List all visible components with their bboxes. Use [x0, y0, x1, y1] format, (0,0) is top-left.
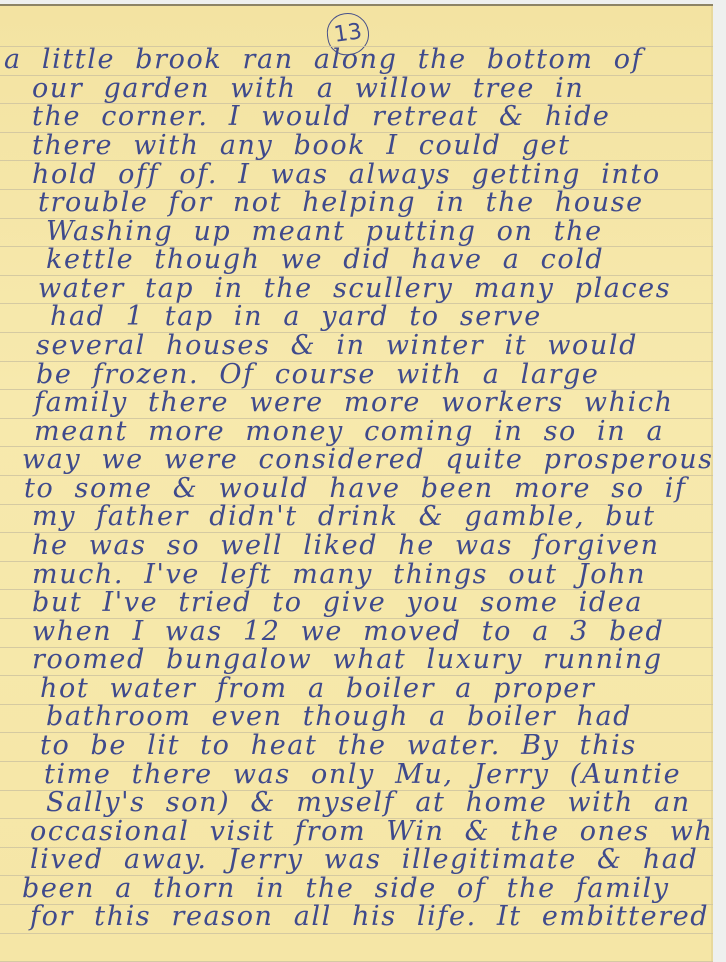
- text-line: but I've tried to give you some idea: [32, 589, 643, 617]
- text-line: a little brook ran along the bottom of: [4, 46, 643, 74]
- text-line: there with any book I could get: [32, 132, 571, 160]
- text-line: water tap in the scullery many places: [38, 275, 671, 303]
- text-line: meant more money coming in so in a: [34, 418, 664, 446]
- text-line: hot water from a boiler a proper: [40, 675, 595, 703]
- text-line: our garden with a willow tree in: [32, 75, 584, 103]
- text-line: much. I've left many things out John: [32, 561, 646, 589]
- text-line: trouble for not helping in the house: [38, 189, 644, 217]
- text-line: family there were more workers which: [34, 389, 674, 417]
- text-line: Washing up meant putting on the: [46, 218, 603, 246]
- text-line: lived away. Jerry was illegitimate & had: [30, 846, 698, 874]
- text-line: been a thorn in the side of the family: [22, 875, 670, 903]
- notebook-page: 13 a little brook ran along the bottom o…: [0, 4, 713, 962]
- text-line: to be lit to heat the water. By this: [40, 732, 637, 760]
- text-line: when I was 12 we moved to a 3 bed: [32, 618, 664, 646]
- text-line: to some & would have been more so if: [24, 475, 687, 503]
- text-line: had 1 tap in a yard to serve: [50, 303, 542, 331]
- text-line: be frozen. Of course with a large: [36, 361, 600, 389]
- text-line: hold off of. I was always getting into: [32, 161, 661, 189]
- text-line: he was so well liked he was forgiven: [32, 532, 660, 560]
- text-line: roomed bungalow what luxury running: [32, 646, 663, 674]
- text-line: Sally's son) & myself at home with an: [46, 789, 691, 817]
- text-line: time there was only Mu, Jerry (Auntie: [44, 761, 681, 789]
- text-line: the corner. I would retreat & hide: [32, 103, 611, 131]
- text-line: for this reason all his life. It embitte…: [30, 903, 709, 931]
- text-line: bathroom even though a boiler had: [46, 703, 632, 731]
- text-line: several houses & in winter it would: [36, 332, 638, 360]
- text-line: occasional visit from Win & the ones who: [30, 818, 713, 846]
- ruled-line: [0, 933, 713, 934]
- text-line: kettle though we did have a cold: [46, 246, 604, 274]
- text-line: way we were considered quite prosperous: [22, 446, 713, 474]
- text-line: my father didn't drink & gamble, but: [32, 503, 656, 531]
